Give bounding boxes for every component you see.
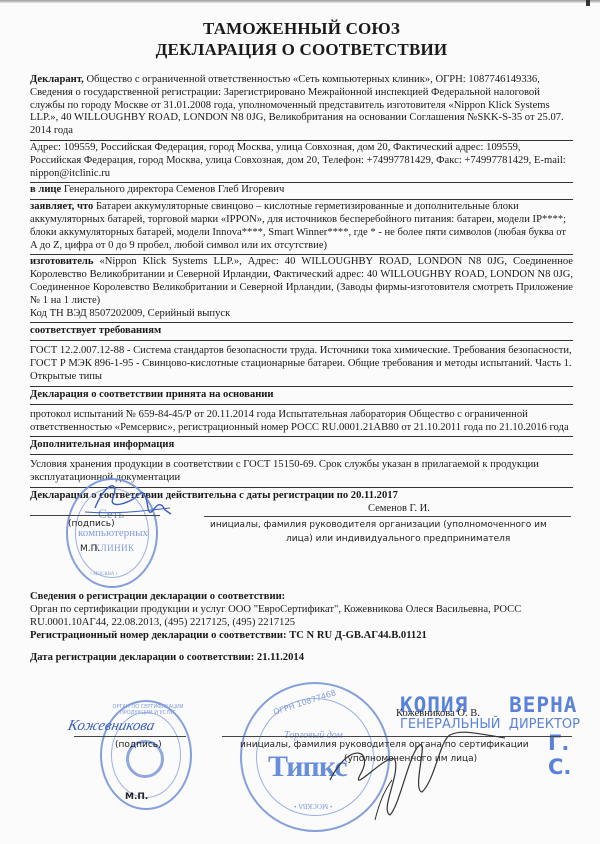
represented-by-label: в лице xyxy=(30,184,61,195)
declarant-signature-line xyxy=(30,515,160,516)
registration-header: Сведения о регистрации декларации о соот… xyxy=(30,590,573,603)
manufacturer-text: «Nippon Klick Systems LLP.», Адрес: 40 W… xyxy=(30,256,573,305)
declarant-name-line xyxy=(204,516,571,517)
represented-by-section: в лице Генерального директора Семенов Гл… xyxy=(30,183,573,200)
title-line-1: ТАМОЖЕННЫЙ СОЮЗ xyxy=(30,18,573,39)
manufacturer-label: изготовитель xyxy=(30,256,93,267)
declares-section: заявляет, что Батареи аккумуляторные сви… xyxy=(30,200,573,255)
registration-body: Орган по сертификации продукции и услуг … xyxy=(30,603,573,629)
hs-code: Код ТН ВЭД 8507202009, Серийный выпуск xyxy=(30,308,573,321)
address-text: Адрес: 109559, Российская Федерация, гор… xyxy=(30,142,566,179)
address-section: Адрес: 109559, Российская Федерация, гор… xyxy=(30,141,573,183)
represented-by-text: Генерального директора Семенов Глеб Игор… xyxy=(61,184,284,195)
declaration-document: ТАМОЖЕННЫЙ СОЮЗ ДЕКЛАРАЦИЯ О СООТВЕТСТВИ… xyxy=(30,18,573,505)
declares-text: Батареи аккумуляторные свинцово – кислот… xyxy=(30,201,566,250)
requirements-section: ГОСТ 12.2.007.12-88 - Система стандартов… xyxy=(30,341,573,386)
declarant-name-caption-1: инициалы, фамилия руководителя организац… xyxy=(210,520,547,530)
document-title: ТАМОЖЕННЫЙ СОЮЗ ДЕКЛАРАЦИЯ О СООТВЕТСТВИ… xyxy=(30,18,573,60)
registration-section: Сведения о регистрации декларации о соот… xyxy=(30,590,573,664)
certification-official-name: Кожевникова О. В. xyxy=(396,708,480,719)
title-line-2: ДЕКЛАРАЦИЯ О СООТВЕТСТВИИ xyxy=(30,39,573,60)
manufacturer-section: изготовитель «Nippon Klick Systems LLP.»… xyxy=(30,255,573,323)
declarant-section: Декларант, Общество с ограниченной ответ… xyxy=(30,73,573,141)
basis-section: протокол испытаний № 659-84-45/Р от 20.1… xyxy=(30,405,573,438)
basis-header: Декларация о соответствии принята на осн… xyxy=(30,387,573,405)
declarant-label: Декларант, xyxy=(30,74,84,85)
director-handwritten-signature xyxy=(320,720,520,830)
company-stamp-city: • МОСКВА • xyxy=(90,572,117,577)
declarant-sign-caption: (подпись) xyxy=(68,519,115,529)
certification-signature-line xyxy=(74,736,186,737)
declarant-name: Семенов Г. И. xyxy=(368,503,430,514)
registration-date: Дата регистрации декларации о соответств… xyxy=(30,651,573,664)
certification-sign-caption: (подпись) xyxy=(115,740,162,750)
requirements-header: соответствует требованиям xyxy=(30,323,573,341)
declarant-text: Общество с ограниченной ответственностью… xyxy=(30,74,564,136)
registration-number: Регистрационный номер декларации о соотв… xyxy=(30,629,573,642)
certification-handwritten-signature: Кожевникова xyxy=(66,718,156,735)
declares-label: заявляет, что xyxy=(30,201,93,212)
requirement-gost-2: ГОСТ Р МЭК 896-1-95 - Свинцово-кислотные… xyxy=(30,358,573,384)
scan-top-edge xyxy=(0,0,600,3)
scan-corner-mark xyxy=(586,0,590,6)
declarant-seal-caption: М.П. xyxy=(80,544,100,554)
certification-stamp-ring-text: ОРГАН ПО СЕРТИФИКАЦИИ ПРОДУКЦИИ И УСЛУГ xyxy=(98,704,198,716)
declarant-name-caption-2: лица) или индивидуального предпринимател… xyxy=(286,534,510,544)
copy-verified-stamp-line-3: Г. С. xyxy=(548,731,600,779)
requirement-gost-1: ГОСТ 12.2.007.12-88 - Система стандартов… xyxy=(30,345,573,358)
additional-info-header: Дополнительная информация xyxy=(30,437,573,455)
certification-seal-caption: М.П. xyxy=(125,792,148,802)
basis-text: протокол испытаний № 659-84-45/Р от 20.1… xyxy=(30,409,569,433)
